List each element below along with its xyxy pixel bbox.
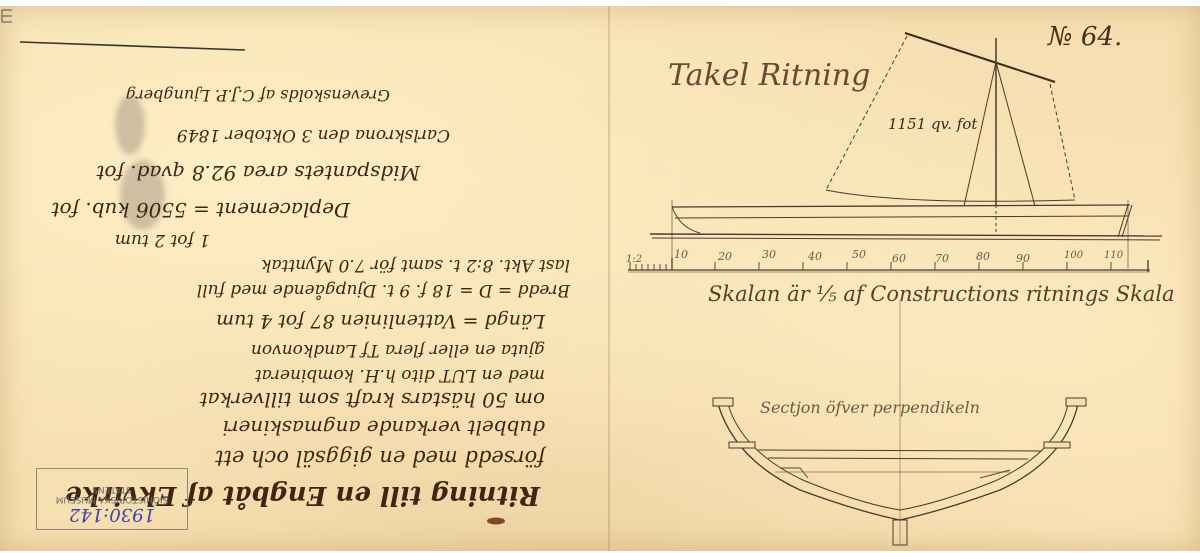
edge-mark (2, 10, 12, 22)
rigging-drawing (0, 0, 1200, 553)
